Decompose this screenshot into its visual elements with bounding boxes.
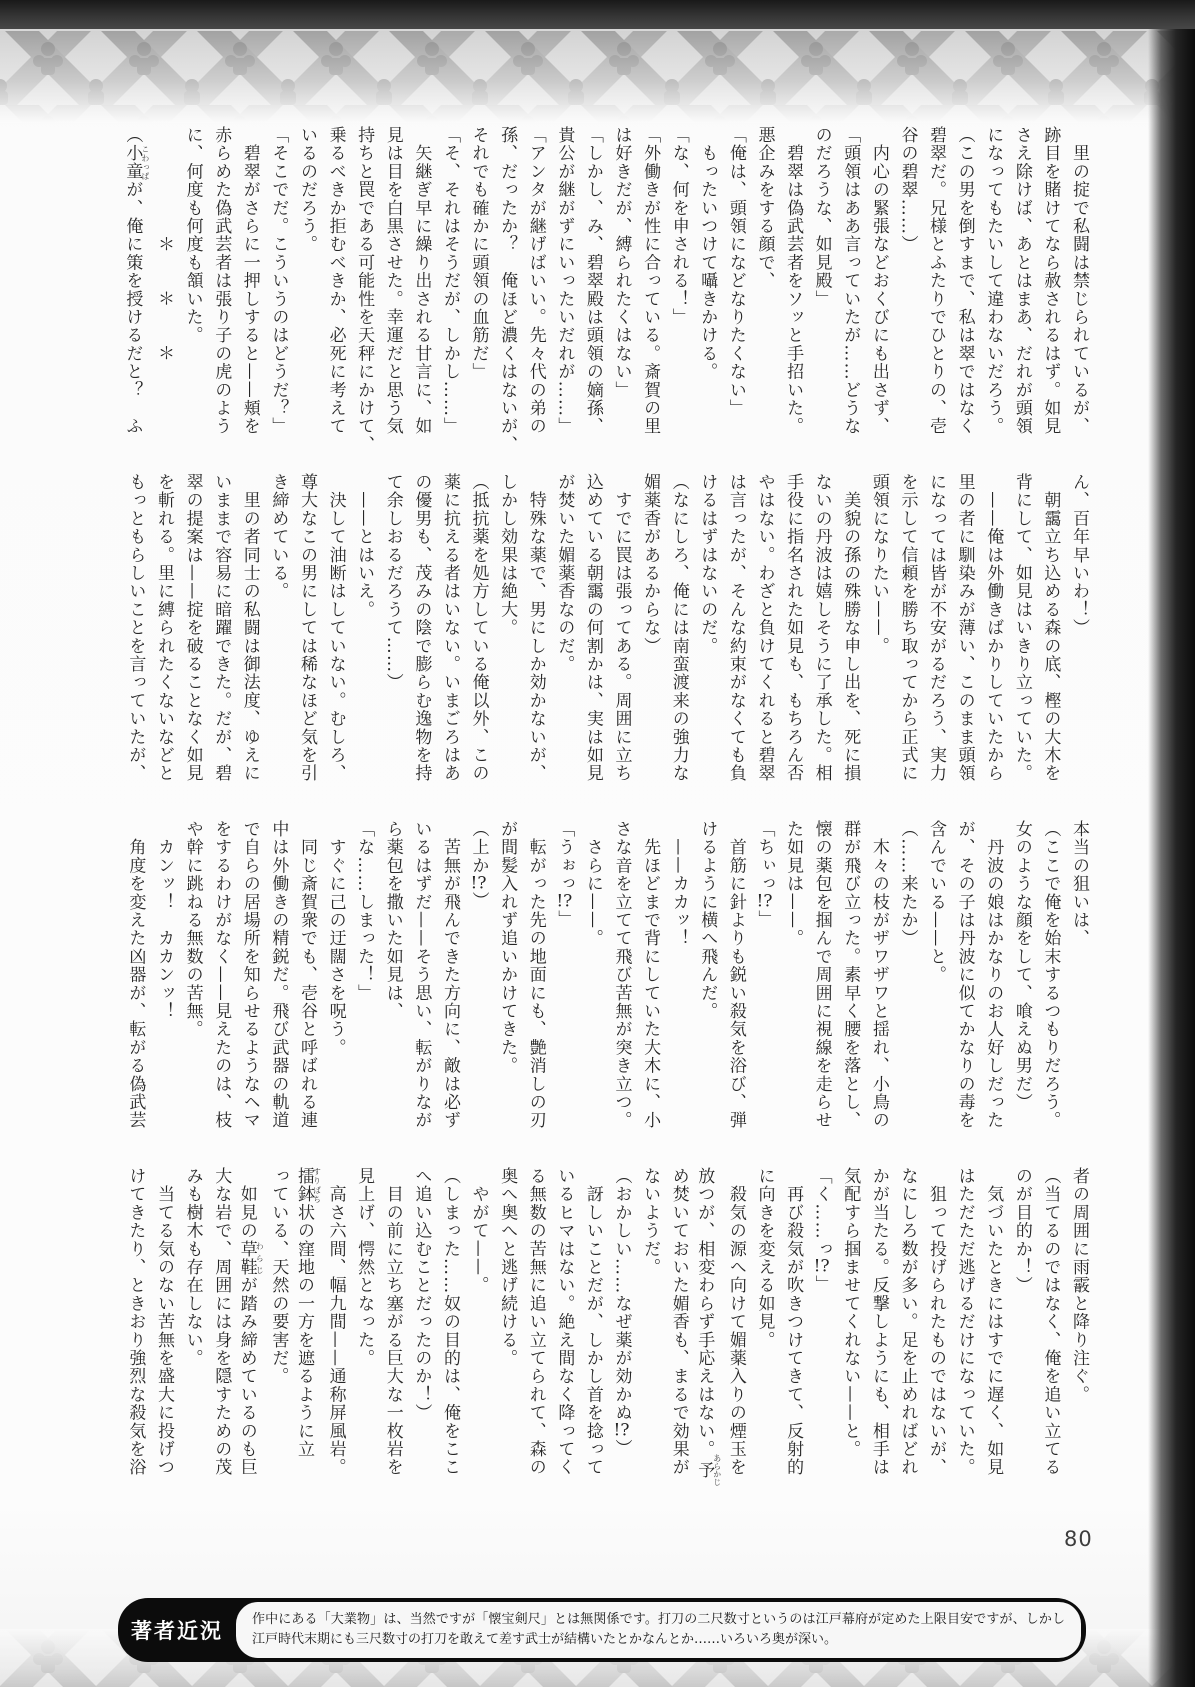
text-column: 首筋に針よりも鋭い殺気を浴び、弾 (721, 820, 750, 1152)
text-column: 見上げ、愕然となった。 (350, 1167, 379, 1499)
text-column: 再び殺気が吹きつけてきて、反射的 (778, 1167, 807, 1499)
text-column: 「外働きが性に合っている。斎賀の里 (636, 126, 665, 458)
text-column: （抵抗薬を処方している俺以外、この (464, 473, 493, 805)
text-column: 群が飛び立った。素早く腰を落とし、 (836, 820, 865, 1152)
text-column: のが目的か！） (1007, 1167, 1036, 1499)
text-column: になってもたいして違わないだろう。 (979, 126, 1008, 458)
text-column: 大な岩で、周囲には身を隠すための茂 (207, 1167, 236, 1499)
text-column: ＊ ＊ ＊ (149, 126, 178, 458)
text-column: 碧翠は偽武芸者をソッと手招いた。 (778, 126, 807, 458)
text-column: それでも確かに頭領の血筋だ」 (464, 126, 493, 458)
text-column: 本当の狙いは、 (1064, 820, 1093, 1152)
text-column: （……来たか） (893, 820, 922, 1152)
text-column: 赤らめた偽武芸者は張り子の虎のよう (207, 126, 236, 458)
text-column: 持ちと罠である可能性を天秤にかけて、 (350, 126, 379, 458)
text-column: っている、天然の要害だ。 (264, 1167, 293, 1499)
text-column: 「アンタが継げばいい。先々代の弟の (521, 126, 550, 458)
text-column: （ここで俺を始末するつもりだろう。 (1036, 820, 1065, 1152)
text-column: 目の前に立ち塞がる巨大な一枚岩を (378, 1167, 407, 1499)
text-column: ないようだ。 (636, 1167, 665, 1499)
text-column: ——とはいえ。 (350, 473, 379, 805)
text-column: 同じ斎賀衆でも、壱谷と呼ばれる連 (292, 820, 321, 1152)
text-column: が間髪入れず追いかけてきた。 (493, 820, 522, 1152)
text-column: 里の掟で私闘は禁じられているが、 (1064, 126, 1093, 458)
text-column: 狙って投げられたものではないが、 (921, 1167, 950, 1499)
text-column: （しまった……奴の目的は、俺をここ (435, 1167, 464, 1499)
text-column: 丹波の娘はかなりのお人好しだった (979, 820, 1008, 1152)
text-column: 「頭領はああ言っていたが……どうな (836, 126, 865, 458)
text-column: すぐに己の迂闊さを呪う。 (321, 820, 350, 1152)
text-column: 碧翠がさらに一押しすると——頬を (235, 126, 264, 458)
text-column: （小童こわっぱが、俺に策を授けるだと？ ふ (121, 126, 150, 458)
page-gutter-shadow (1148, 29, 1195, 1687)
text-column: で自らの居場所を知らせるようなヘマ (235, 820, 264, 1152)
text-column: た如見は——。 (778, 820, 807, 1152)
text-column: やがて——。 (464, 1167, 493, 1499)
text-column: さな音を立てて飛び苦無が突き立つ。 (607, 820, 636, 1152)
text-column: ら薬包を撒いた如見は、 (378, 820, 407, 1152)
text-column: もっともらしいことを言っていたが、 (121, 473, 150, 805)
text-band-4: 者の周囲に雨霰と降り注ぐ。（当てるのではなく、俺を追い立てるのが目的か！） 気づ… (118, 1167, 1093, 1499)
text-column: 角度を変えた凶器が、転がる偽武芸 (121, 820, 150, 1152)
text-column: 朝靄立ち込める森の底、樫の大木を (1036, 473, 1065, 805)
text-column: 媚薬香があるからな） (636, 473, 665, 805)
text-column: 里の者に馴染みが薄い、このまま頭領 (950, 473, 979, 805)
text-column: いままで容易に暗躍できた。だが、碧 (207, 473, 236, 805)
text-column: （なにしろ、俺には南蛮渡来の強力な (664, 473, 693, 805)
text-column: は言ったが、そんな約束がなくても負 (721, 473, 750, 805)
text-column: に、何度も何度も頷いた。 (178, 126, 207, 458)
text-column: の優男も、茂みの陰で膨らむ逸物を持 (407, 473, 436, 805)
text-column: 「俺は、頭領になどなりたくない」 (721, 126, 750, 458)
text-column: （この男を倒すまで、私は翠ではなく (950, 126, 979, 458)
text-column: 谷の碧翠……） (893, 126, 922, 458)
text-column: 「そこでだ。こういうのはどうだ？」 (264, 126, 293, 458)
text-column: 奥へ奥へと逃げ続ける。 (493, 1167, 522, 1499)
text-column: カンッ！ カカンッ！ (149, 820, 178, 1152)
text-column: 頭領になりたい——。 (864, 473, 893, 805)
text-column: 「ちぃっ!?」 (750, 820, 779, 1152)
text-column: 尊大なこの男にしては稀なほど気を引 (292, 473, 321, 805)
text-column: すでに罠は張ってある。周囲に立ち (607, 473, 636, 805)
text-column: 転がった先の地面にも、艶消しの刃 (521, 820, 550, 1152)
text-column: 「な……しまった！」 (350, 820, 379, 1152)
text-column: る無数の苦無に追い立てられて、森の (521, 1167, 550, 1499)
text-column: いるのだろう。 (292, 126, 321, 458)
text-column: 薬に抗える者はいない。いまごろはあ (435, 473, 464, 805)
text-column: （上か!?） (464, 820, 493, 1152)
text-column: けてきたり、ときおり強烈な殺気を浴 (121, 1167, 150, 1499)
text-column: ——俺は外働きばかりしていたから (979, 473, 1008, 805)
text-column: き締めている。 (264, 473, 293, 805)
text-column: 内心の緊張などおくびにも出さず、 (864, 126, 893, 458)
text-column: 「そ、それはそうだが、しかし……」 (435, 126, 464, 458)
text-column: 手役に指名された如見も、もちろん否 (778, 473, 807, 805)
text-column: けるはずはないのだ。 (693, 473, 722, 805)
author-note-panel: 作中にある「大業物」は、当然ですが「懐宝剣尺」とは無関係です。打刀の二尺数寸とい… (236, 1602, 1081, 1658)
author-status-label: 著者近況 (118, 1615, 236, 1645)
text-column: （おかしい……なぜ薬が効かぬ!?） (607, 1167, 636, 1499)
text-column: かが当たる。反撃しようにも、相手は (864, 1167, 893, 1499)
text-column: 翠の提案は——掟を破ることなく如見 (178, 473, 207, 805)
text-column: 擂鉢すりばち状の窪地の一方を遮るように立 (292, 1167, 321, 1499)
text-column: いるはずだ——そう思い、転がりなが (407, 820, 436, 1152)
text-column: 高さ六間、幅九間——通称屏風岩。 (321, 1167, 350, 1499)
text-column: 懐の薬包を掴んで周囲に視線を走らせ (807, 820, 836, 1152)
text-column: 中は外働きの精鋭だ。飛び武器の軌道 (264, 820, 293, 1152)
text-column: 込めている朝靄の何割かは、実は如見 (578, 473, 607, 805)
text-column: て余しおるだろうて……） (378, 473, 407, 805)
text-column: ないの丹波は嬉しそうに了承した。相 (807, 473, 836, 805)
text-column: 放つが、相変わらず手応えはない。予あらかじ (693, 1167, 722, 1499)
text-column: 苦無が飛んできた方向に、敵は必ず (435, 820, 464, 1152)
text-column: 殺気の源へ向けて媚薬入りの煙玉を (721, 1167, 750, 1499)
top-dark-band (0, 0, 1195, 31)
text-column: しかし効果は絶大。 (493, 473, 522, 805)
author-status-bar: 著者近況 作中にある「大業物」は、当然ですが「懐宝剣尺」とは無関係です。打刀の二… (118, 1598, 1086, 1662)
text-column: へ追い込むことだったのか！） (407, 1167, 436, 1499)
text-column: やはない。わざと負けてくれると碧翠 (750, 473, 779, 805)
text-column: 当てる気のない苦無を盛大に投げつ (149, 1167, 178, 1499)
text-column: や幹に跳ねる無数の苦無。 (178, 820, 207, 1152)
text-column: 背にして、如見はいきり立っていた。 (1007, 473, 1036, 805)
text-column: 碧翠だ。兄様とふたりでひとりの、壱 (921, 126, 950, 458)
text-column: みも樹木も存在しない。 (178, 1167, 207, 1499)
text-column: 気づいたときにはすでに遅く、如見 (979, 1167, 1008, 1499)
author-note-text: 作中にある「大業物」は、当然ですが「懐宝剣尺」とは無関係です。打刀の二尺数寸とい… (252, 1610, 1065, 1650)
text-band-3: 本当の狙いは、（ここで俺を始末するつもりだろう。女のような顔をして、喰えぬ男だ）… (118, 820, 1093, 1152)
text-column: 里の者同士の私闘は御法度、ゆえに (235, 473, 264, 805)
top-border-ornament (0, 31, 1195, 123)
text-column: が、その子は丹波に似てかなりの毒を (950, 820, 979, 1152)
text-column: けるように横へ飛んだ。 (693, 820, 722, 1152)
text-band-1: 里の掟で私闘は禁じられているが、跡目を賭けてなら赦されるはず。如見さえ除けば、あ… (118, 126, 1093, 458)
text-column: が焚いた媚薬香なのだ。 (550, 473, 579, 805)
text-column: はただただ逃げるだけになっていた。 (950, 1167, 979, 1499)
text-column: に向きを変える如見。 (750, 1167, 779, 1499)
text-column: 木々の枝がザワザワと揺れ、小鳥の (864, 820, 893, 1152)
text-column: 矢継ぎ早に繰り出される甘言に、如 (407, 126, 436, 458)
text-column: 「な、何を申される！」 (664, 126, 693, 458)
text-column: 訝しいことだが、しかし首を捻って (578, 1167, 607, 1499)
text-column: 貴公が継がずにいったいだれが……」 (550, 126, 579, 458)
text-column: 「く……っ!?」 (807, 1167, 836, 1499)
text-column: 美貌の孫の殊勝な申し出を、死に損 (836, 473, 865, 805)
text-column: なにしろ数が多い。足を止めればどれ (893, 1167, 922, 1499)
text-column: 乗るべきか拒むべきか、必死に考えて (321, 126, 350, 458)
text-column: を斬れる。里に縛られたくないなどと (149, 473, 178, 805)
text-column: 孫、だったか？ 俺ほど濃くはないが、 (493, 126, 522, 458)
text-column: 者の周囲に雨霰と降り注ぐ。 (1064, 1167, 1093, 1499)
text-column: 先ほどまで背にしていた大木に、小 (636, 820, 665, 1152)
text-column: （当てるのではなく、俺を追い立てる (1036, 1167, 1065, 1499)
text-column: め焚いておいた媚香も、まるで効果が (664, 1167, 693, 1499)
text-band-2: ん、百年早いわ！） 朝靄立ち込める森の底、樫の大木を背にして、如見はいきり立って… (118, 473, 1093, 805)
text-column: ん、百年早いわ！） (1064, 473, 1093, 805)
text-column: 「しかし、み、碧翠殿は頭領の嫡孫、 (578, 126, 607, 458)
text-column: をするわけがなく——見えたのは、枝 (207, 820, 236, 1152)
text-column: のだろうな、如見殿」 (807, 126, 836, 458)
text-column: 決して油断はしていない。むしろ、 (321, 473, 350, 805)
text-column: もったいつけて囁きかける。 (693, 126, 722, 458)
text-column: 含んでいる——と。 (921, 820, 950, 1152)
text-column: 女のような顔をして、喰えぬ男だ） (1007, 820, 1036, 1152)
text-column: いるヒマはない。絶え間なく降ってく (550, 1167, 579, 1499)
text-column: 如見の草鞋わらじが踏み締めているのも巨 (235, 1167, 264, 1499)
text-column: を示して信頼を勝ち取ってから正式に (893, 473, 922, 805)
text-column: 跡目を賭けてなら赦されるはず。如見 (1036, 126, 1065, 458)
text-column: になっては皆が不安がるだろう、実力 (921, 473, 950, 805)
text-column: さえ除けば、あとはまあ、だれが頭領 (1007, 126, 1036, 458)
text-column: は好きだが、縛られたくはない」 (607, 126, 636, 458)
page-text: 里の掟で私闘は禁じられているが、跡目を賭けてなら赦されるはず。如見さえ除けば、あ… (118, 126, 1093, 1514)
page-number: 80 (1064, 1527, 1093, 1551)
text-column: 特殊な薬で、男にしか効かないが、 (521, 473, 550, 805)
text-column: 気配すら掴ませてくれない——と。 (836, 1167, 865, 1499)
text-column: 見は目を白黒させた。幸運だと思う気 (378, 126, 407, 458)
text-column: 「うぉっ!?」 (550, 820, 579, 1152)
text-column: さらに——。 (578, 820, 607, 1152)
text-column: 悪企みをする顔で、 (750, 126, 779, 458)
text-column: ——カカッ！ (664, 820, 693, 1152)
